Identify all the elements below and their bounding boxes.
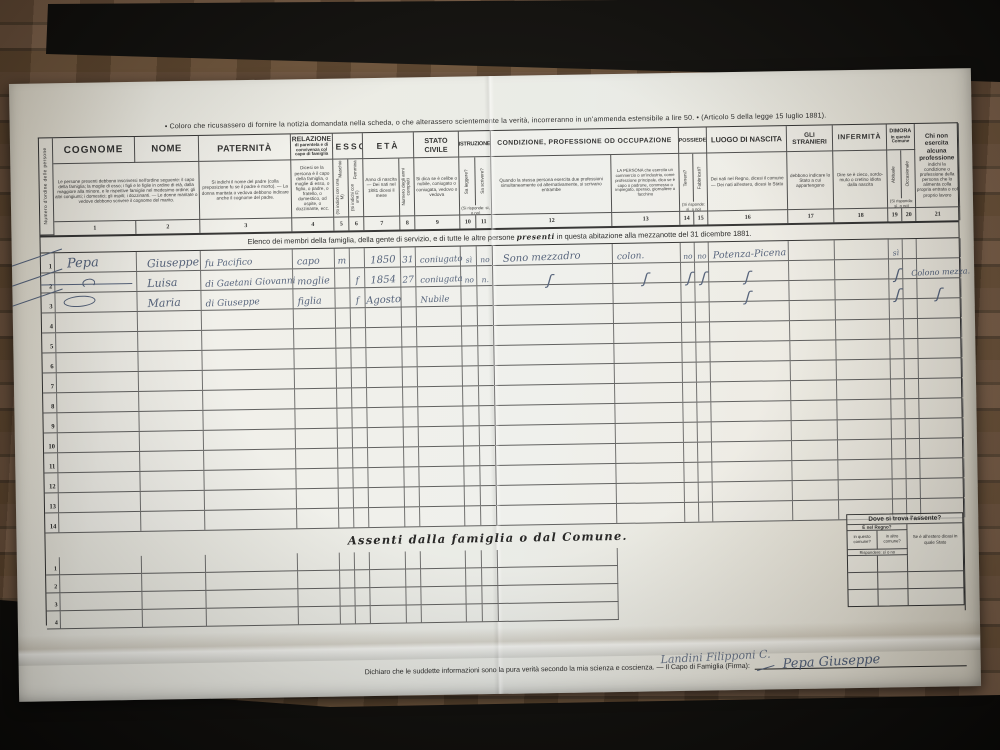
cell-paternita: di Gaetani Giovanni bbox=[201, 269, 293, 290]
cell-ord: 7 bbox=[43, 373, 57, 392]
row-number: 1 bbox=[49, 263, 52, 270]
cell-f bbox=[350, 248, 365, 267]
handwritten-entry: coniugata bbox=[420, 274, 463, 286]
cell-stranieri bbox=[790, 320, 836, 340]
col-header-istruzione: ISTRUZIONE bbox=[459, 131, 491, 158]
handwritten-entry: Colono mezza. bbox=[911, 266, 970, 278]
cell-f: f bbox=[350, 268, 365, 287]
cell-stranieri bbox=[791, 360, 837, 380]
column-number-13: 13 bbox=[612, 212, 680, 226]
cell-ab bbox=[891, 359, 905, 378]
cell-oc bbox=[904, 339, 918, 358]
handwritten-entry: no bbox=[696, 251, 706, 260]
absent-cell bbox=[355, 552, 370, 570]
cell-ab bbox=[893, 479, 907, 498]
cell-stato bbox=[420, 487, 465, 507]
cell-cond13 bbox=[617, 503, 685, 523]
absent-box-cell bbox=[848, 573, 878, 590]
cell-m bbox=[337, 368, 352, 387]
cell-m bbox=[338, 468, 353, 487]
cell-ord: 3 bbox=[41, 293, 55, 312]
absent-cell bbox=[355, 570, 370, 588]
cell-luogo bbox=[713, 501, 793, 521]
absent-box-cell bbox=[908, 588, 963, 605]
absent-cell bbox=[355, 588, 370, 606]
handwritten-entry: di Gaetani Giovanni bbox=[205, 276, 296, 290]
cell-m bbox=[335, 268, 350, 287]
cell-relazione: capo bbox=[293, 249, 335, 269]
cell-anni bbox=[405, 487, 420, 506]
cell-cond13 bbox=[614, 343, 682, 363]
cell-cognome bbox=[57, 372, 139, 392]
column-number-20: 20 bbox=[902, 208, 916, 221]
column-number-15: 15 bbox=[694, 211, 708, 224]
cell-ord: 6 bbox=[42, 353, 56, 372]
col-header-eta: ETÀ bbox=[363, 132, 414, 159]
column-number-17: 17 bbox=[788, 209, 834, 223]
column-number-6: 6 bbox=[349, 217, 364, 230]
cell-chinon bbox=[917, 238, 961, 258]
cell-cond12 bbox=[494, 344, 614, 365]
cell-paternita bbox=[204, 449, 296, 470]
cell-cond12 bbox=[495, 404, 615, 425]
absent-row-number: 3 bbox=[55, 602, 58, 608]
cell-fab bbox=[697, 402, 711, 421]
cell-anno bbox=[367, 388, 403, 408]
cell-ter bbox=[682, 323, 696, 342]
cell-oc bbox=[903, 239, 917, 258]
column-number-8: 8 bbox=[400, 216, 415, 229]
cell-chinon bbox=[918, 338, 962, 358]
column-number-21: 21 bbox=[916, 207, 960, 221]
cell-chinon bbox=[920, 458, 964, 478]
cell-chinon bbox=[919, 398, 963, 418]
cell-m bbox=[336, 308, 351, 327]
absent-box-row bbox=[848, 571, 963, 590]
cell-relazione bbox=[296, 469, 338, 489]
cell-luogo bbox=[712, 421, 792, 441]
cell-m bbox=[337, 388, 352, 407]
cell-paternita: fu Pacifico bbox=[201, 249, 293, 270]
note-femmina: Femmina (Si indichi con una F) bbox=[348, 159, 364, 217]
table-body: 1PepaGiuseppefu Pacificocapom185031coniu… bbox=[41, 238, 964, 533]
col-header-dimora: DIMORA in questo Comune bbox=[887, 124, 915, 150]
note-dimora: Abituale Occasionale (Si risponda: sì, o… bbox=[887, 150, 916, 208]
cell-ter bbox=[684, 463, 698, 482]
row-number: 5 bbox=[50, 343, 53, 350]
cell-leg: no bbox=[461, 266, 477, 285]
column-number-1: 1 bbox=[54, 221, 136, 235]
cell-ord: 2 bbox=[41, 273, 55, 292]
cell-ord: 12 bbox=[44, 473, 58, 492]
cell-luogo: ʃ bbox=[709, 261, 789, 281]
cell-cond12: Sono mezzadro bbox=[493, 244, 613, 265]
pen-flourish bbox=[757, 665, 775, 671]
cell-anni: 27 bbox=[401, 267, 416, 286]
absent-cell bbox=[298, 553, 340, 572]
cell-luogo bbox=[711, 361, 791, 381]
cell-nome bbox=[140, 471, 204, 491]
cell-cond13: ʃ bbox=[613, 263, 681, 283]
absent-cell bbox=[498, 584, 618, 604]
absent-cell bbox=[422, 605, 467, 624]
ditto-squiggle: ʃ bbox=[744, 288, 751, 306]
note-condizione-13: LA PERSONA che esercita un commercio o u… bbox=[611, 154, 680, 213]
absent-cell bbox=[466, 550, 482, 568]
handwritten-entry: sì bbox=[892, 248, 899, 257]
absent-box-row bbox=[848, 588, 963, 606]
cell-cond12 bbox=[496, 444, 616, 465]
cell-stato bbox=[417, 327, 462, 347]
cell-ab bbox=[890, 319, 904, 338]
absent-cell: 1 bbox=[46, 557, 60, 575]
handwritten-entry: 1854 bbox=[370, 274, 396, 286]
absent-box-cell bbox=[878, 572, 908, 589]
handwritten-entry: sì bbox=[465, 255, 472, 264]
row-number: 10 bbox=[48, 443, 55, 450]
cell-ab bbox=[892, 419, 906, 438]
handwritten-entry: f bbox=[355, 276, 359, 286]
cell-cond13: colon. bbox=[613, 243, 681, 263]
cell-cognome bbox=[57, 392, 139, 412]
cell-stato bbox=[418, 407, 463, 427]
cell-oc bbox=[905, 399, 919, 418]
absent-cell bbox=[340, 588, 355, 606]
cell-stato bbox=[417, 307, 462, 327]
absent-cell bbox=[406, 551, 421, 569]
cell-oc bbox=[906, 419, 920, 438]
absent-cell bbox=[483, 604, 499, 622]
cell-luogo bbox=[710, 341, 790, 361]
cell-oc bbox=[903, 279, 917, 298]
cell-anni bbox=[402, 327, 417, 346]
absent-cell bbox=[356, 606, 371, 624]
absent-cell bbox=[498, 566, 618, 586]
absent-cell bbox=[421, 569, 466, 588]
cell-relazione bbox=[297, 509, 339, 529]
handwritten-entry: Maria bbox=[147, 296, 181, 310]
cell-nome bbox=[139, 411, 203, 431]
cell-cognome bbox=[56, 312, 138, 332]
cell-infermita bbox=[836, 299, 890, 319]
cell-infermita bbox=[835, 279, 889, 299]
absent-cell bbox=[60, 592, 142, 611]
census-table: Numero d'ordine delle persone COGNOME NO… bbox=[38, 122, 966, 625]
cell-cond13 bbox=[615, 363, 683, 383]
cell-m bbox=[336, 348, 351, 367]
cell-f bbox=[351, 328, 366, 347]
cell-relazione bbox=[297, 489, 339, 509]
row-number: 8 bbox=[51, 403, 54, 410]
cell-scr bbox=[478, 346, 494, 365]
cell-paternita bbox=[205, 489, 297, 510]
cell-leg bbox=[461, 286, 477, 305]
cell-stato bbox=[419, 427, 464, 447]
cell-scr bbox=[481, 486, 497, 505]
cell-fab bbox=[696, 322, 710, 341]
cell-chinon: ʃ bbox=[917, 278, 961, 298]
cell-m: m bbox=[335, 248, 350, 267]
cell-cognome bbox=[55, 292, 137, 312]
handwritten-entry: colon. bbox=[617, 251, 645, 262]
cell-paternita bbox=[205, 509, 297, 530]
absent-cell bbox=[370, 570, 406, 589]
cell-chinon bbox=[918, 318, 962, 338]
row-number: 7 bbox=[51, 383, 54, 390]
cell-ter bbox=[685, 503, 699, 522]
note-anni-compiuti: Numero degli anni compiuti bbox=[399, 158, 415, 216]
absent-box-cell bbox=[878, 555, 908, 572]
cell-f bbox=[353, 468, 368, 487]
cell-ter: no bbox=[681, 243, 695, 262]
handwritten-entry: capo bbox=[297, 256, 320, 268]
cell-fab bbox=[698, 462, 712, 481]
absent-cell bbox=[340, 552, 355, 570]
cell-cond12 bbox=[493, 284, 613, 305]
absent-cell bbox=[406, 587, 421, 605]
absent-row-number: 1 bbox=[54, 566, 57, 572]
cell-anni bbox=[402, 347, 417, 366]
cell-paternita bbox=[204, 429, 296, 450]
col-header-luogo-nascita: LUOGO DI NASCITA bbox=[707, 126, 787, 153]
column-number-10: 10 bbox=[460, 215, 476, 228]
cell-f bbox=[352, 408, 367, 427]
table-header: Numero d'ordine delle persone COGNOME NO… bbox=[39, 123, 958, 235]
column-number-3: 3 bbox=[200, 218, 292, 233]
cell-infermita bbox=[835, 239, 889, 259]
cell-cond12 bbox=[497, 504, 617, 525]
cell-ab bbox=[890, 339, 904, 358]
cell-ord: 13 bbox=[45, 493, 59, 512]
handwritten-entry: Agosto bbox=[365, 294, 400, 307]
absent-cell bbox=[467, 604, 483, 622]
absent-cell bbox=[482, 586, 498, 604]
cell-nome bbox=[140, 451, 204, 471]
absent-cell bbox=[298, 589, 340, 608]
handwritten-entry: m bbox=[337, 256, 346, 266]
absent-cell bbox=[142, 555, 206, 574]
cell-nome bbox=[138, 331, 202, 351]
cell-stato: Nubile bbox=[416, 287, 461, 307]
cell-cond12 bbox=[495, 384, 615, 405]
cell-chinon bbox=[919, 378, 963, 398]
absent-cell bbox=[60, 574, 142, 593]
absent-cell bbox=[61, 610, 143, 629]
cell-f: f bbox=[350, 288, 365, 307]
handwritten-entry: fu Pacifico bbox=[205, 257, 253, 269]
handwritten-entry: di Giuseppe bbox=[205, 297, 260, 309]
cell-ab bbox=[891, 379, 905, 398]
cell-luogo: Potenza-Picena bbox=[709, 241, 789, 261]
cell-f bbox=[354, 508, 369, 527]
cell-scr bbox=[481, 506, 497, 525]
row-number: 11 bbox=[49, 463, 55, 470]
cell-oc bbox=[907, 479, 921, 498]
cell-anno bbox=[366, 328, 402, 348]
cell-luogo bbox=[712, 461, 792, 481]
cell-f bbox=[353, 448, 368, 467]
note-luogo-nascita: Dei nati nel Regno, dicesi il comune — D… bbox=[707, 152, 788, 211]
cell-anni bbox=[402, 307, 417, 326]
cell-stranieri bbox=[791, 380, 837, 400]
handwritten-entry: Potenza-Picena bbox=[713, 247, 787, 261]
row-number: 4 bbox=[50, 323, 53, 330]
cell-anno bbox=[368, 448, 404, 468]
cell-leg bbox=[463, 366, 479, 385]
cell-anno bbox=[367, 368, 403, 388]
cell-anno bbox=[366, 308, 402, 328]
absent-cell: 2 bbox=[46, 575, 60, 593]
cell-scr: no bbox=[477, 246, 493, 265]
column-number-16: 16 bbox=[708, 210, 788, 224]
absent-row-number: 2 bbox=[54, 584, 57, 590]
absent-location-box: Dove si trova l'assente? È nel Regno? Se… bbox=[846, 512, 965, 607]
absent-cell bbox=[421, 551, 466, 570]
cell-luogo bbox=[713, 481, 793, 501]
cell-cond13 bbox=[615, 403, 683, 423]
handwritten-entry: moglie bbox=[297, 275, 330, 287]
absent-cell bbox=[341, 606, 356, 624]
cell-stranieri bbox=[789, 260, 835, 280]
cell-scr bbox=[478, 306, 494, 325]
cell-stato: coniugato bbox=[416, 247, 461, 267]
cell-paternita bbox=[203, 369, 295, 390]
cell-cond13 bbox=[614, 323, 682, 343]
cell-fab bbox=[697, 362, 711, 381]
cell-cognome bbox=[57, 412, 139, 432]
column-number-18: 18 bbox=[834, 208, 888, 222]
cell-scr bbox=[479, 386, 495, 405]
cell-leg bbox=[462, 346, 478, 365]
absent-box-altro-comune: in altro comune? bbox=[877, 530, 907, 549]
col-header-possiede: POSSIEDE bbox=[679, 127, 707, 153]
cell-fab bbox=[699, 482, 713, 501]
cell-fab bbox=[696, 342, 710, 361]
cell-nome bbox=[138, 351, 202, 371]
cell-stranieri bbox=[793, 480, 839, 500]
head-of-family-signature: Pepa Giuseppe bbox=[783, 652, 881, 672]
col-header-relazione: RELAZIONE di parentela e di convivenza c… bbox=[291, 134, 333, 161]
cell-cognome bbox=[58, 472, 140, 492]
cell-paternita bbox=[202, 309, 294, 330]
handwritten-entry: no bbox=[464, 275, 474, 284]
cell-anno bbox=[367, 408, 403, 428]
handwritten-entry: no bbox=[682, 252, 692, 261]
cell-cognome bbox=[59, 512, 141, 532]
cell-m bbox=[337, 408, 352, 427]
column-number-7: 7 bbox=[364, 217, 400, 231]
cell-ter bbox=[683, 363, 697, 382]
handwritten-entry: Pepa bbox=[67, 255, 100, 271]
absent-cell bbox=[370, 587, 406, 606]
absent-cell bbox=[60, 556, 142, 575]
cell-infermita bbox=[838, 439, 892, 459]
cell-relazione bbox=[294, 349, 336, 369]
cell-relazione bbox=[295, 409, 337, 429]
cell-stato bbox=[418, 387, 463, 407]
cell-leg bbox=[462, 326, 478, 345]
cell-anni bbox=[403, 387, 418, 406]
cell-f bbox=[353, 428, 368, 447]
column-number-5: 5 bbox=[334, 217, 349, 230]
absent-cell bbox=[298, 571, 340, 590]
handwritten-entry: figlia bbox=[297, 296, 322, 308]
cell-fab bbox=[698, 422, 712, 441]
cell-scr: n. bbox=[477, 266, 493, 285]
cell-oc bbox=[906, 439, 920, 458]
ditto-mark bbox=[41, 283, 132, 286]
cell-cond13 bbox=[615, 383, 683, 403]
absent-cell bbox=[142, 591, 206, 610]
cell-chinon bbox=[920, 418, 964, 438]
note-infermita: Dire se è cieco, sordo-muto o cretino id… bbox=[833, 150, 888, 209]
cell-ter bbox=[682, 303, 696, 322]
absent-cell bbox=[299, 607, 341, 626]
absent-box-cell bbox=[848, 556, 878, 573]
col-header-stranieri: GLI STRANIERI bbox=[787, 125, 833, 152]
cell-relazione bbox=[294, 329, 336, 349]
cell-cond12 bbox=[494, 304, 614, 325]
cell-paternita bbox=[203, 389, 295, 410]
cell-m bbox=[338, 448, 353, 467]
cell-fab: no bbox=[695, 242, 709, 261]
cell-anni bbox=[405, 507, 420, 526]
cell-infermita bbox=[838, 419, 892, 439]
cell-f bbox=[351, 348, 366, 367]
cell-cognome bbox=[56, 352, 138, 372]
cell-stranieri bbox=[789, 280, 835, 300]
cell-nome bbox=[141, 511, 205, 531]
handwritten-entry: Luisa bbox=[147, 276, 178, 290]
cell-ord: 5 bbox=[42, 333, 56, 352]
cell-anni bbox=[403, 407, 418, 426]
handwritten-entry: 27 bbox=[402, 275, 414, 286]
row-number: 14 bbox=[50, 523, 57, 530]
absent-cell bbox=[498, 548, 618, 568]
absent-rows: 1234 bbox=[46, 548, 619, 629]
cell-ord: 11 bbox=[44, 453, 58, 472]
note-cognome-nome: Le persone presenti debbono inscriversi … bbox=[53, 162, 200, 222]
cell-chinon: Colono mezza. bbox=[917, 258, 961, 278]
cell-ab bbox=[892, 439, 906, 458]
col-header-paternita: PATERNITÀ bbox=[199, 134, 291, 162]
cell-stato bbox=[419, 467, 464, 487]
note-maschio: Maschio (Si indichi con una M) bbox=[333, 159, 349, 217]
cell-f bbox=[351, 308, 366, 327]
column-number-11: 11 bbox=[476, 215, 492, 228]
handwritten-entry: coniugato bbox=[420, 254, 463, 266]
cell-infermita bbox=[836, 339, 890, 359]
column-number-2: 2 bbox=[136, 220, 200, 234]
cell-stranieri bbox=[792, 460, 838, 480]
absent-box-questo-comune: in questo comune? bbox=[847, 531, 877, 550]
cell-nome bbox=[139, 371, 203, 391]
cell-anno: 1850 bbox=[365, 248, 401, 268]
cell-paternita bbox=[202, 349, 294, 370]
cell-leg bbox=[465, 486, 481, 505]
cell-cognome: Pepa bbox=[55, 252, 137, 272]
cell-relazione: moglie bbox=[293, 269, 335, 289]
note-anno-nascita: Anno di nascita — Dei nati nel 1881 dice… bbox=[363, 159, 400, 218]
cell-stato bbox=[417, 347, 462, 367]
absent-cell bbox=[206, 589, 298, 609]
cell-nome bbox=[140, 431, 204, 451]
cell-fab bbox=[699, 502, 713, 521]
cell-leg bbox=[463, 386, 479, 405]
col-header-condizione: CONDIZIONE, PROFESSIONE OD OCCUPAZIONE bbox=[491, 128, 679, 157]
cell-ord: 10 bbox=[44, 433, 58, 452]
cell-scr bbox=[480, 466, 496, 485]
